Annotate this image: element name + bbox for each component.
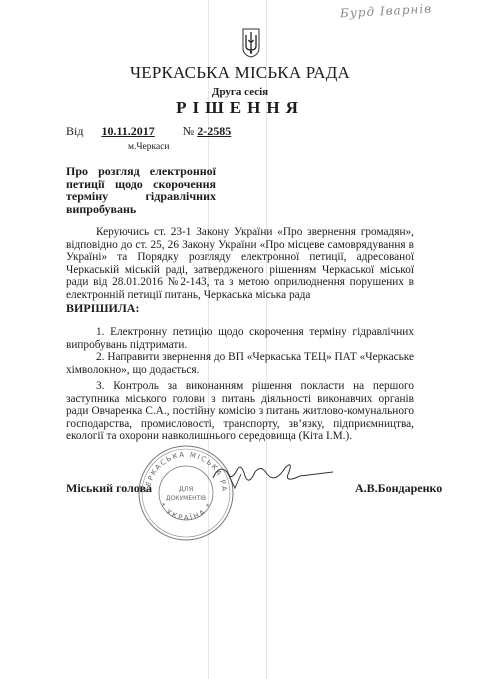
subject-line: терміну гідравлічних [66, 190, 216, 203]
handwritten-note: Бурд Іварнів [340, 2, 433, 21]
subject-line: Про розгляд електронної [66, 165, 216, 178]
svg-text:* УКРАЇНА *: * УКРАЇНА * [158, 501, 214, 522]
handwritten-signature [205, 458, 335, 494]
svg-text:ДЛЯ: ДЛЯ [179, 485, 193, 493]
document-type-title: РІШЕННЯ [0, 98, 480, 118]
subject-line: випробувань [66, 203, 216, 216]
decision-subject: Про розгляд електронної петиції щодо ско… [66, 165, 216, 215]
decision-item-1: 1. Електронну петицію щодо скорочення те… [66, 326, 414, 351]
number-prefix: № [183, 124, 194, 138]
city-label: м.Черкаси [128, 142, 170, 152]
signatory-name: А.В.Бондаренко [355, 481, 442, 496]
resolved-label: ВИРІШИЛА: [66, 301, 139, 316]
signatory-title: Міський голова [66, 481, 152, 496]
date-prefix: Від [66, 124, 83, 138]
preamble-paragraph: Керуючись ст. 23-1 Закону України «Про з… [66, 226, 414, 302]
session-label: Друга сесія [0, 86, 480, 98]
council-name: ЧЕРКАСЬКА МІСЬКА РАДА [0, 63, 480, 83]
date-number-line: Від 10.11.2017 № 2-2585 [66, 124, 231, 139]
ukraine-trident-icon [242, 28, 260, 58]
svg-text:ДОКУМЕНТІВ: ДОКУМЕНТІВ [166, 495, 206, 502]
decision-date: 10.11.2017 [101, 124, 154, 138]
decision-item-2: 2. Направити звернення до ВП «Черкаська … [66, 351, 414, 376]
decision-number: 2-2585 [197, 124, 231, 138]
decision-item-3: 3. Контроль за виконанням рішення поклас… [66, 380, 414, 443]
